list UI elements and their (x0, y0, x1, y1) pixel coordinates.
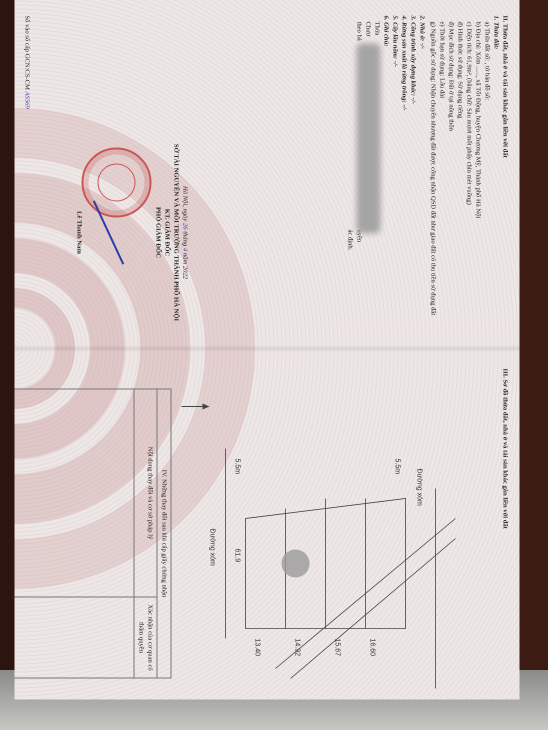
other-items: 2. Nhà ở: -/-3. Công trình xây dựng khác… (382, 16, 427, 336)
land-item: b) Địa chỉ: Xóm ......, xã Tốt Động, huy… (474, 16, 483, 336)
parcel-diagram: Đường xóm 16.60 15.67 14.92 13.40 61.9 Đ… (196, 369, 496, 689)
right-page: III. Sơ đồ thửa đất, nhà ở và tài sản kh… (15, 349, 520, 700)
land-item: c) Diện tích: 61,9m², (bằng chữ: Sáu mươ… (465, 16, 474, 336)
other-item: 2. Nhà ở: -/- (418, 16, 427, 336)
section-iii-title: III. Sơ đồ thửa đất, nhà ở và tài sản kh… (501, 369, 510, 529)
dim-label-2: 15.67 (334, 639, 341, 657)
note-block: ThửaChươtheo bả uyềnác định. (352, 16, 382, 336)
land-item: e) Thời hạn sử dụng: Lâu dài (438, 16, 447, 336)
redaction-blur-diagram (282, 550, 310, 578)
land-item: a) Thửa đất số: , tờ bản đồ số: (483, 16, 492, 336)
signer-title: PHÓ GIÁM ĐỐC (154, 128, 163, 338)
dim-label-4: 13.40 (254, 639, 261, 657)
note-lines: ThửaChươtheo bả (355, 22, 382, 41)
issuer: SỞ TÀI NGUYÊN VÀ MÔI TRƯỜNG THÀNH PHỐ HÀ… (172, 128, 181, 338)
other-item: 6. Ghi chú: (382, 16, 391, 336)
other-item: 3. Công trình xây dựng khác: -/- (409, 16, 418, 336)
changes-table: IV. Những thay đổi sau khi cấp giấy chứn… (15, 389, 172, 679)
authority-confirmation-cell (15, 597, 135, 678)
land-heading: 1. Thửa đất: (492, 16, 501, 336)
section-iv-title: IV. Những thay đổi sau khi cấp giấy chứn… (157, 389, 171, 678)
signer-name: Lê Thanh Nam (75, 128, 84, 338)
road-label-top: Đường xóm (416, 469, 423, 506)
other-item: 4. Rừng sản xuất là rừng trồng: -/- (400, 16, 409, 336)
dim-label-3: 14.92 (294, 639, 301, 657)
land-items: a) Thửa đất số: , tờ bản đồ số:b) Địa ch… (429, 16, 492, 336)
land-item: đ) Mục đích sử dụng: Đất ở tại nông thôn (447, 16, 456, 336)
land-item: d) Hình thức sử dụng: Sử dụng riêng (456, 16, 465, 336)
note-line: theo bả (355, 22, 364, 41)
issue-date: Hà Nội, ngày 26 tháng 4 năm 2022 (181, 128, 190, 338)
road-width-a: 5.5m (394, 459, 401, 475)
area-label: 61.9 (234, 549, 241, 563)
column-authority-confirmation: Xác nhận của cơ quan có thẩm quyền (134, 597, 157, 678)
road-label-bottom: Đường xóm (209, 529, 216, 566)
land-item: g) Nguồn gốc sử dụng: Nhận chuyển nhượng… (429, 16, 438, 336)
redaction-blur (357, 44, 381, 234)
left-page: II. Thửa đất, nhà ở và tài sản khác gắn … (15, 0, 520, 349)
road-width-c: 5.5m (234, 459, 241, 475)
north-arrow-icon (180, 377, 210, 437)
on-behalf: KT. GIÁM ĐỐC (163, 128, 172, 338)
section-ii: II. Thửa đất, nhà ở và tài sản khác gắn … (352, 16, 510, 336)
other-item: 5. Cây lâu năm: -/- (391, 16, 400, 336)
official-stamp (82, 148, 152, 218)
note-tail-line: ác định. (346, 230, 355, 251)
change-content-cell (15, 389, 135, 597)
note-line: Thửa (373, 22, 382, 41)
certificate-sheet: II. Thửa đất, nhà ở và tài sản khác gắn … (15, 0, 520, 700)
column-change-content: Nội dung thay đổi và cơ sở pháp lý (134, 389, 157, 597)
dim-label-1: 16.60 (369, 639, 376, 657)
registry-number: Số vào sổ cấp GCN:CS-CM AS569 (23, 16, 32, 109)
section-ii-title: II. Thửa đất, nhà ở và tài sản khác gắn … (501, 16, 510, 336)
note-line: Chươ (364, 22, 373, 41)
